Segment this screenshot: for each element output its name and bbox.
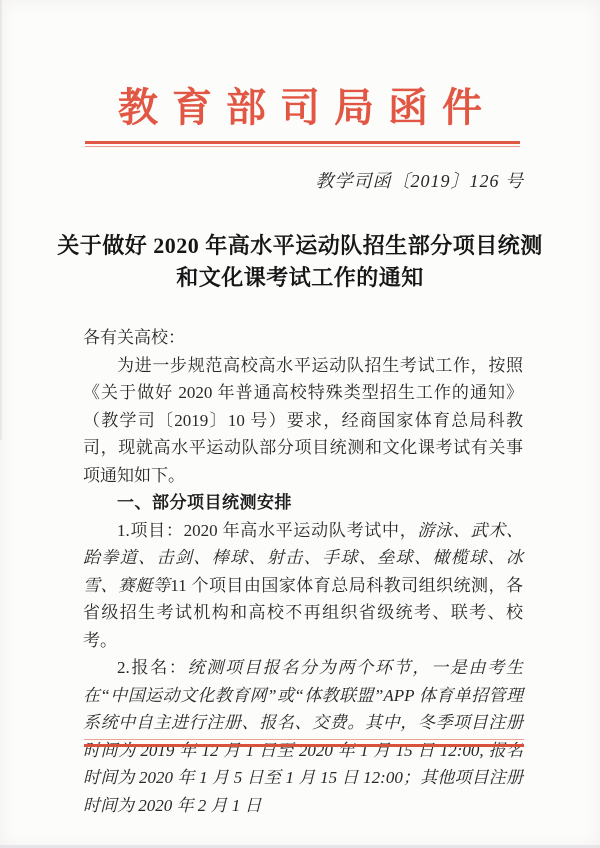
document-page: 教育部司局函件 教学司函〔2019〕126 号 关于做好 2020 年高水平运动…	[0, 0, 600, 848]
letterhead-divider	[85, 141, 520, 147]
item-1-lead: 1.项目：2020 年高水平运动队考试中，	[117, 521, 417, 540]
letterhead-title: 教育部司局函件	[0, 86, 600, 130]
footer-divider	[84, 739, 524, 747]
document-number: 教学司函〔2019〕126 号	[316, 167, 525, 193]
notice-title-line2: 和文化课考试工作的通知	[40, 262, 560, 294]
item-2-paragraph: 2.报名：统测项目报名分为两个环节，一是由考生在“中国运动文化教育网”或“体教联…	[83, 654, 523, 819]
letterhead-divider-thick-line	[85, 141, 520, 144]
intro-paragraph: 为进一步规范高校高水平运动队招生考试工作，按照《关于做好 2020 年普通高校特…	[83, 352, 523, 490]
notice-title-line1: 关于做好 2020 年高水平运动队招生部分项目统测	[40, 230, 560, 262]
item-1-paragraph: 1.项目：2020 年高水平运动队考试中，游泳、武术、跆拳道、击剑、棒球、射击、…	[83, 517, 523, 655]
letterhead-divider-thin-line	[85, 146, 520, 147]
notice-title: 关于做好 2020 年高水平运动队招生部分项目统测 和文化课考试工作的通知	[40, 230, 560, 294]
section-1-heading: 一、部分项目统测安排	[83, 489, 523, 517]
footer-divider-thick-line	[84, 744, 524, 747]
item-2-text: 统测项目报名分为两个环节，一是由考生在“中国运动文化教育网”或“体教联盟”APP…	[83, 658, 523, 815]
footer-divider-thin-line	[84, 739, 524, 740]
salutation: 各有关高校：	[83, 324, 523, 352]
item-2-lead: 2.报名：	[117, 658, 188, 677]
scan-edge-left	[0, 0, 2, 440]
